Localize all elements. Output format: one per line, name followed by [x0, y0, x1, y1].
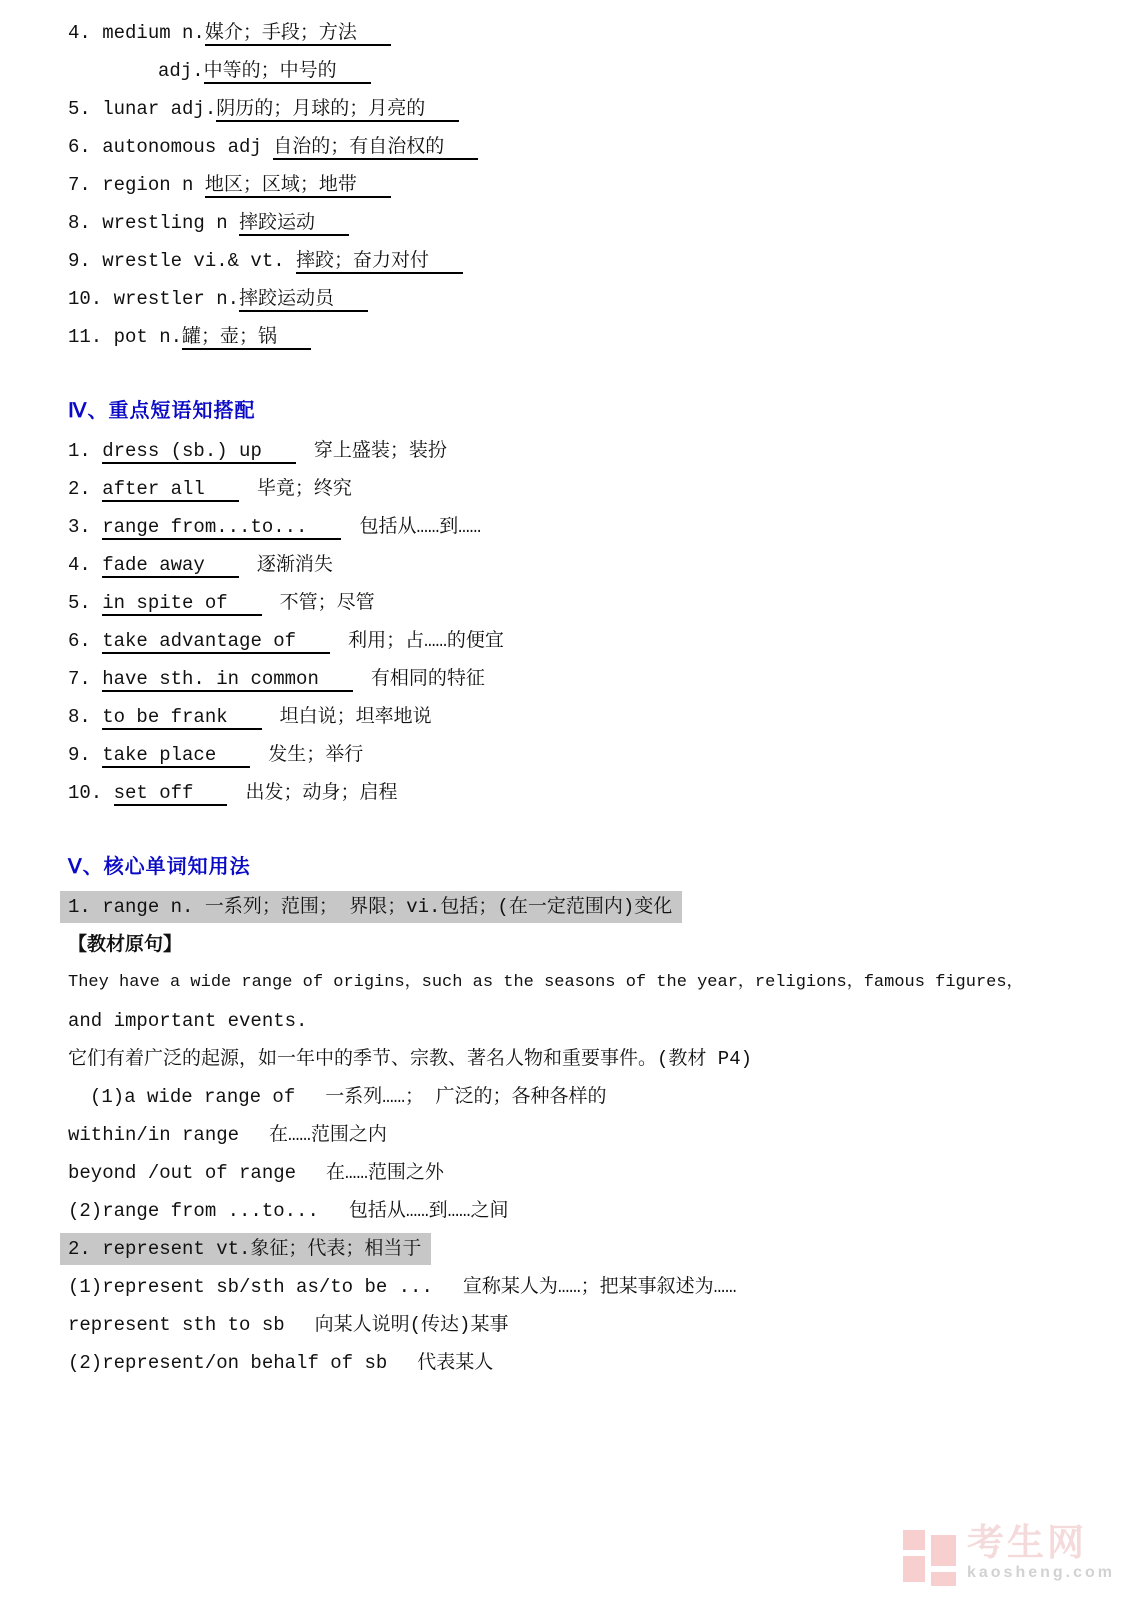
highlighted-headline: 1. range n. 一系列；范围； 界限；vi.包括；(在一定范围内)变化 — [60, 891, 682, 923]
vocab-item: 11. pot n.罐；壶；锅 — [68, 318, 1123, 356]
vocab-item: 5. lunar adj.阴历的；月球的；月亮的 — [68, 90, 1123, 128]
vocab-term: adj. — [158, 60, 204, 82]
usage-en: represent sth to sb — [68, 1314, 285, 1336]
phrase-text: have sth. in common — [102, 668, 353, 692]
vocab-item: 7. region n 地区；区域；地带 — [68, 166, 1123, 204]
phrase-meaning: 包括从……到…… — [359, 516, 481, 538]
usage-en: beyond /out of range — [68, 1162, 296, 1184]
document-page: 4. medium n.媒介；手段；方法 adj.中等的；中号的 5. luna… — [68, 14, 1123, 1382]
usage-zh: 代表某人 — [417, 1352, 493, 1374]
usage-item: represent sth to sb向某人说明(传达)某事 — [68, 1306, 1123, 1344]
phrase-meaning: 出发；动身；启程 — [245, 782, 397, 804]
vocab-definition: 摔跤；奋力对付 — [296, 250, 463, 274]
vocab-term: 5. lunar adj. — [68, 98, 216, 120]
section-5-title: Ⅴ、核心单词知用法 — [68, 850, 1123, 888]
usage-item: (2)represent/on behalf of sb代表某人 — [68, 1344, 1123, 1382]
phrase-item: 2. after all毕竟；终究 — [68, 470, 1123, 508]
watermark-text: 考生网 kaosheng.com — [967, 1524, 1115, 1582]
phrase-number: 10. — [68, 782, 114, 804]
usage-zh: 向某人说明(传达)某事 — [315, 1314, 509, 1336]
usage-en: (1)represent sb/sth as/to be ... — [68, 1276, 433, 1298]
section-4-title: Ⅳ、重点短语知搭配 — [68, 394, 1123, 432]
blank-line — [68, 812, 1123, 850]
vocab-definition: 罐；壶；锅 — [182, 326, 311, 350]
usage-zh: 在……范围之外 — [326, 1162, 444, 1184]
usage-en: within/in range — [68, 1124, 239, 1146]
sentence-text: They have a wide range of origins，such a… — [68, 973, 1024, 992]
textbook-sentence: and important events. — [68, 1002, 1123, 1040]
phrase-text: after all — [102, 478, 239, 502]
textbook-sentence: They have a wide range of origins，such a… — [68, 964, 1123, 1002]
usage-en: (2)range from ...to... — [68, 1200, 319, 1222]
usage-zh: 在……范围之内 — [269, 1124, 387, 1146]
highlighted-headline: 2. represent vt.象征；代表；相当于 — [60, 1233, 431, 1265]
phrase-text: take place — [102, 744, 250, 768]
usage-item: within/in range在……范围之内 — [68, 1116, 1123, 1154]
phrase-number: 1. — [68, 440, 102, 462]
vocab-definition: 媒介；手段；方法 — [205, 22, 391, 46]
vocab-term: 4. medium n. — [68, 22, 205, 44]
phrase-number: 5. — [68, 592, 102, 614]
vocab-item: 4. medium n.媒介；手段；方法 — [68, 14, 1123, 52]
usage-zh: 一系列……； 广泛的；各种各样的 — [325, 1086, 606, 1108]
translation-text: 它们有着广泛的起源，如一年中的季节、宗教、著名人物和重要事件。(教材 P4) — [68, 1048, 752, 1070]
phrase-meaning: 逐渐消失 — [257, 554, 333, 576]
usage-zh: 包括从……到……之间 — [349, 1200, 509, 1222]
phrase-item: 7. have sth. in common有相同的特征 — [68, 660, 1123, 698]
phrase-meaning: 穿上盛装；装扮 — [314, 440, 447, 462]
phrase-number: 7. — [68, 668, 102, 690]
vocab-term: 11. pot n. — [68, 326, 182, 348]
source-label-text: 【教材原句】 — [68, 934, 182, 956]
sentence-text: and important events. — [68, 1010, 307, 1032]
vocab-term: 8. wrestling n — [68, 212, 239, 234]
vocab-definition: 自治的；有自治权的 — [273, 136, 478, 160]
watermark-site-name: 考生网 — [967, 1524, 1115, 1562]
word-entry-headline: 2. represent vt.象征；代表；相当于 — [68, 1230, 1123, 1268]
phrase-text: to be frank — [102, 706, 261, 730]
vocab-term: 6. autonomous adj — [68, 136, 273, 158]
phrase-item: 8. to be frank坦白说；坦率地说 — [68, 698, 1123, 736]
phrase-text: take advantage of — [102, 630, 330, 654]
phrase-number: 3. — [68, 516, 102, 538]
phrase-number: 9. — [68, 744, 102, 766]
vocab-definition: 摔跤运动员 — [239, 288, 368, 312]
phrase-number: 6. — [68, 630, 102, 652]
phrase-meaning: 利用；占……的便宜 — [348, 630, 504, 652]
vocab-definition: 中等的；中号的 — [204, 60, 371, 84]
phrase-item: 4. fade away逐渐消失 — [68, 546, 1123, 584]
phrase-text: range from...to... — [102, 516, 341, 540]
phrase-meaning: 有相同的特征 — [371, 668, 485, 690]
usage-zh: 宣称某人为……；把某事叙述为…… — [463, 1276, 737, 1298]
usage-en: (2)represent/on behalf of sb — [68, 1352, 387, 1374]
phrase-number: 8. — [68, 706, 102, 728]
phrase-meaning: 发生；举行 — [268, 744, 363, 766]
vocab-term: 10. wrestler n. — [68, 288, 239, 310]
vocab-term: 7. region n — [68, 174, 205, 196]
phrase-text: dress (sb.) up — [102, 440, 296, 464]
blank-line — [68, 356, 1123, 394]
vocab-item: 8. wrestling n 摔跤运动 — [68, 204, 1123, 242]
phrase-number: 4. — [68, 554, 102, 576]
vocab-item: adj.中等的；中号的 — [68, 52, 1123, 90]
vocab-item: 10. wrestler n.摔跤运动员 — [68, 280, 1123, 318]
usage-item: (2)range from ...to...包括从……到……之间 — [68, 1192, 1123, 1230]
vocab-term: 9. wrestle vi.& vt. — [68, 250, 296, 272]
phrase-item: 3. range from...to...包括从……到…… — [68, 508, 1123, 546]
phrase-meaning: 坦白说；坦率地说 — [280, 706, 432, 728]
phrase-text: set off — [114, 782, 228, 806]
sentence-translation: 它们有着广泛的起源，如一年中的季节、宗教、著名人物和重要事件。(教材 P4) — [68, 1040, 1123, 1078]
watermark-site-url: kaosheng.com — [967, 1564, 1115, 1582]
usage-item: (1)represent sb/sth as/to be ...宣称某人为……；… — [68, 1268, 1123, 1306]
vocab-item: 6. autonomous adj 自治的；有自治权的 — [68, 128, 1123, 166]
kaosheng-logo-icon — [903, 1530, 957, 1586]
phrase-item: 9. take place发生；举行 — [68, 736, 1123, 774]
phrase-item: 6. take advantage of利用；占……的便宜 — [68, 622, 1123, 660]
phrase-item: 1. dress (sb.) up穿上盛装；装扮 — [68, 432, 1123, 470]
vocab-definition: 地区；区域；地带 — [205, 174, 391, 198]
usage-en: (1)a wide range of — [90, 1086, 295, 1108]
phrase-item: 10. set off出发；动身；启程 — [68, 774, 1123, 812]
usage-item: beyond /out of range在……范围之外 — [68, 1154, 1123, 1192]
phrase-meaning: 毕竟；终究 — [257, 478, 352, 500]
phrase-meaning: 不管；尽管 — [280, 592, 375, 614]
phrase-number: 2. — [68, 478, 102, 500]
usage-item: (1)a wide range of一系列……； 广泛的；各种各样的 — [68, 1078, 1123, 1116]
word-entry-headline: 1. range n. 一系列；范围； 界限；vi.包括；(在一定范围内)变化 — [68, 888, 1123, 926]
textbook-source-label: 【教材原句】 — [68, 926, 1123, 964]
watermark: 考生网 kaosheng.com — [903, 1524, 1115, 1586]
phrase-text: in spite of — [102, 592, 261, 616]
vocab-definition: 阴历的；月球的；月亮的 — [216, 98, 459, 122]
vocab-definition: 摔跤运动 — [239, 212, 349, 236]
phrase-item: 5. in spite of不管；尽管 — [68, 584, 1123, 622]
vocab-item: 9. wrestle vi.& vt. 摔跤；奋力对付 — [68, 242, 1123, 280]
phrase-text: fade away — [102, 554, 239, 578]
